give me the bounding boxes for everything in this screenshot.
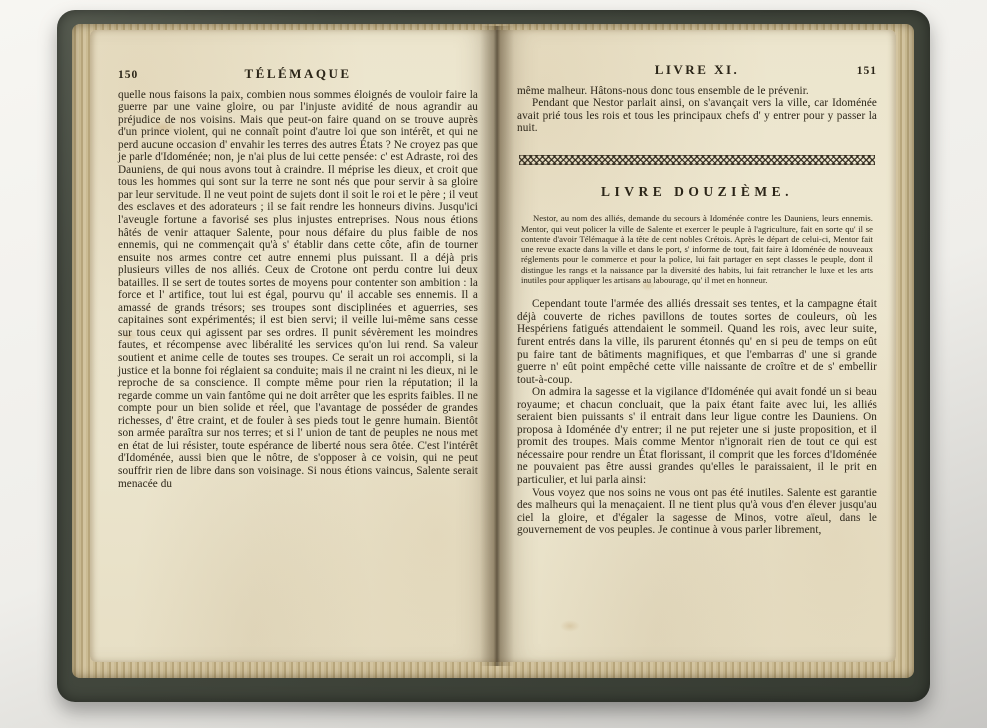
body-paragraph: Cependant toute l'armée des alliés dress… xyxy=(517,298,877,386)
right-page-number: 151 xyxy=(739,65,877,78)
body-paragraph: On admira la sagesse et la vigilance d'I… xyxy=(517,386,877,486)
chapter-summary: Nestor, au nom des alliés, demande du se… xyxy=(521,213,873,285)
chapter-ornament-band xyxy=(519,155,875,165)
left-page-content: 150 TÉLÉMAQUE quelle nous faisons la pai… xyxy=(118,68,478,490)
right-page-body: Cependant toute l'armée des alliés dress… xyxy=(517,298,877,536)
paragraph-continuation: même malheur. Hâtons-nous donc tous ense… xyxy=(517,85,877,98)
running-title-livre-xi: LIVRE XI. xyxy=(655,64,740,77)
left-page-number: 150 xyxy=(118,69,244,82)
right-page-header: LIVRE XI. 151 xyxy=(517,64,877,78)
running-title-telemaque: TÉLÉMAQUE xyxy=(244,68,351,81)
right-page-content: LIVRE XI. 151 même malheur. Hâtons-nous … xyxy=(517,64,877,537)
book-gutter-shadow xyxy=(480,26,514,666)
paragraph-nestor: Pendant que Nestor parlait ainsi, on s'a… xyxy=(517,97,877,135)
body-paragraph: Vous voyez que nos soins ne vous ont pas… xyxy=(517,487,877,537)
left-page-header: 150 TÉLÉMAQUE xyxy=(118,68,478,82)
chapter-heading: LIVRE DOUZIÈME. xyxy=(517,186,877,199)
left-page-paragraph: quelle nous faisons la paix, combien nou… xyxy=(118,89,478,491)
